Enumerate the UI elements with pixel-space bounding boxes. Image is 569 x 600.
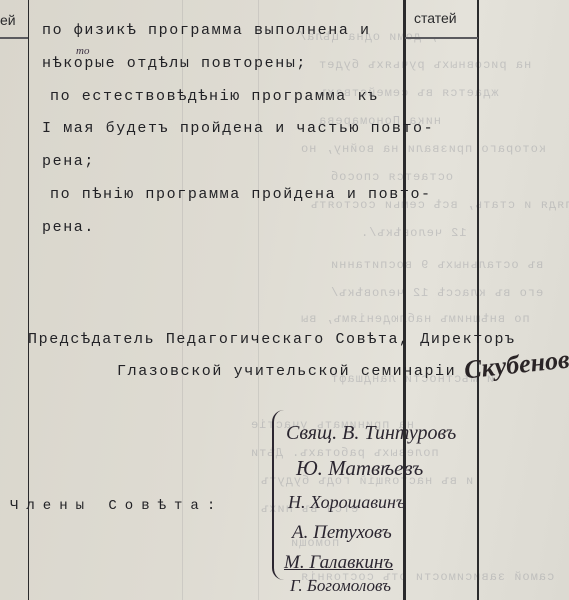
bleed-line: остается способ bbox=[330, 170, 453, 184]
members-label: Члены Совѣта: bbox=[10, 498, 223, 514]
header-rule-right bbox=[405, 37, 478, 39]
header-rule-left bbox=[0, 37, 28, 39]
bleed-line: по внѣшнимъ наблюденіямъ, вы bbox=[300, 312, 530, 326]
table-column-line-right bbox=[477, 0, 479, 600]
body-line: по пѣнiю программа пройдена и повто- bbox=[50, 186, 432, 203]
chairman-title-line: Предсѣдатель Педагогическаго Совѣта, Дир… bbox=[28, 331, 516, 348]
body-line: I мая будетъ пройдена и частью повто- bbox=[42, 120, 434, 137]
member-signature: Ю. Матвѣевъ bbox=[296, 456, 423, 481]
body-line: рена; bbox=[42, 153, 95, 170]
body-line: рена. bbox=[42, 219, 95, 236]
bleed-line: котораго призвали на войну, но bbox=[300, 142, 546, 156]
bleed-line: въ остальныхъ 9 воспитанни bbox=[330, 258, 543, 272]
bleed-line: на рисовныхъ ручьяхъ будет bbox=[318, 58, 531, 72]
chairman-institution-line: Глазовской учительской семинарiи bbox=[117, 363, 456, 380]
member-signature: А. Петуховъ bbox=[292, 522, 392, 544]
bleed-line: его въ классѣ 12 человѣкъ/ bbox=[330, 286, 543, 300]
member-signature: Н. Хорошавинъ bbox=[288, 492, 405, 513]
body-line: нѣкорые отдѣлы повторены; bbox=[42, 55, 307, 72]
member-signature: М. Галавкинъ bbox=[284, 552, 393, 574]
member-signature: Г. Богомоловъ bbox=[290, 576, 391, 596]
bleed-line: 12 человѣкъ/. bbox=[360, 226, 467, 240]
body-line: по физикѣ программа выполнена и bbox=[42, 22, 371, 39]
document-page: , доми одна цѣла/ на рисовныхъ ручьяхъ б… bbox=[0, 0, 569, 600]
member-signature: Свящ. В. Тинтуровъ bbox=[286, 422, 456, 445]
column-header-fragment-left: ей bbox=[0, 12, 16, 28]
column-header-right: статей bbox=[414, 10, 457, 26]
body-line: по естествовѣдѣнiю программа къ bbox=[50, 88, 379, 105]
